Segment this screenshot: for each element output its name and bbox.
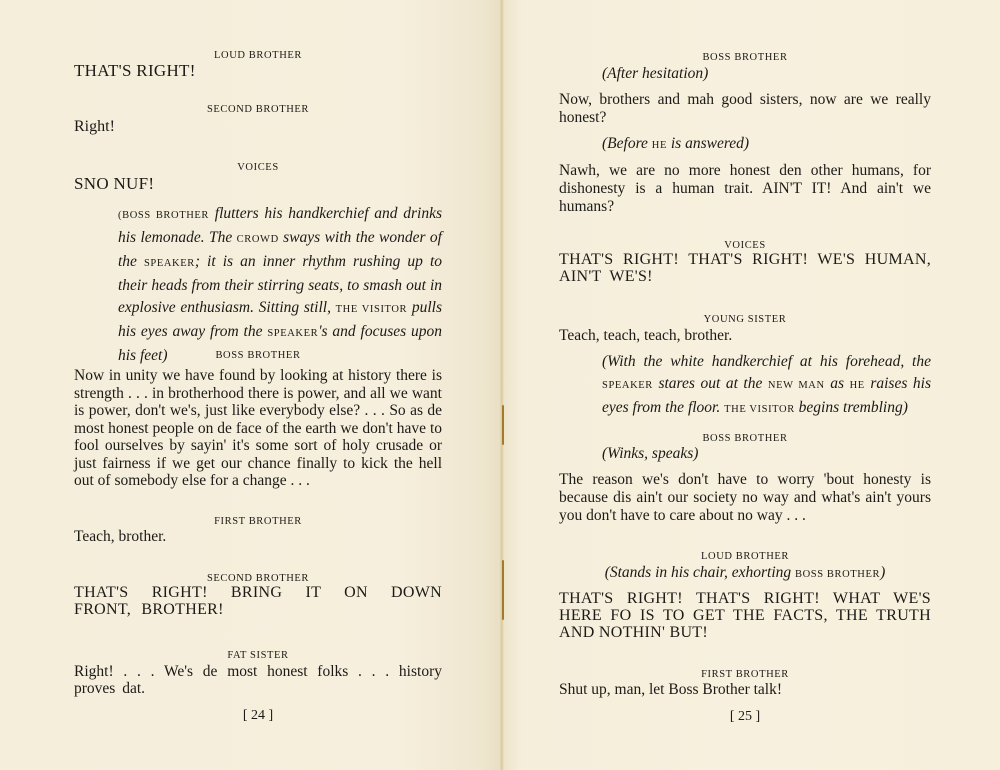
direction-text: stares out at the bbox=[653, 375, 768, 392]
dialogue-line: Now, brothers and mah good sisters, now … bbox=[559, 91, 931, 127]
stage-direction: (Winks, speaks) bbox=[602, 444, 698, 464]
binding-thread bbox=[502, 560, 504, 620]
character-name: he bbox=[850, 380, 865, 391]
dialogue-line: Shut up, man, let Boss Brother talk! bbox=[559, 680, 782, 700]
character-name: the visitor bbox=[336, 304, 408, 315]
direction-text: is answered) bbox=[667, 135, 749, 152]
dialogue-line: THAT'S RIGHT! bbox=[74, 61, 196, 81]
dialogue-line: Teach, teach, teach, brother. bbox=[559, 326, 732, 346]
direction-text: as bbox=[825, 375, 850, 392]
character-name: speaker bbox=[602, 380, 653, 391]
character-name: boss brother bbox=[795, 569, 880, 580]
direction-text: (With the white handkerchief at his fore… bbox=[602, 353, 931, 370]
left-page: LOUD BROTHER THAT'S RIGHT! SECOND BROTHE… bbox=[0, 0, 502, 770]
dialogue-line: The reason we's don't have to worry 'bou… bbox=[559, 471, 931, 525]
character-name: crowd bbox=[237, 234, 279, 245]
character-name: speaker bbox=[144, 258, 195, 269]
stage-direction: (With the white handkerchief at his fore… bbox=[602, 351, 931, 421]
character-name: the visitor bbox=[724, 404, 795, 415]
speaker-label: LOUD BROTHER bbox=[559, 550, 931, 564]
dialogue-line: Right! bbox=[74, 117, 115, 137]
dialogue-line: Right! . . . We's de most honest folks .… bbox=[74, 663, 442, 697]
speaker-label: FAT SISTER bbox=[74, 649, 442, 663]
page-number: [ 24 ] bbox=[74, 706, 442, 726]
stage-direction: (Before he is answered) bbox=[602, 133, 931, 157]
stage-direction: (Stands in his chair, exhorting boss bro… bbox=[559, 563, 931, 585]
character-name: new man bbox=[768, 380, 825, 391]
dialogue-line: Now in unity we have found by looking at… bbox=[74, 367, 442, 490]
direction-text: (Before bbox=[602, 135, 652, 152]
dialogue-line: Nawh, we are no more honest den other hu… bbox=[559, 162, 931, 216]
right-page: BOSS BROTHER (After hesitation) Now, bro… bbox=[502, 0, 1000, 770]
dialogue-line: Teach, brother. bbox=[74, 527, 166, 547]
speaker-label: BOSS BROTHER bbox=[74, 349, 442, 363]
speaker-label: VOICES bbox=[74, 161, 442, 175]
dialogue-line: THAT'S RIGHT! BRING IT ON DOWN FRONT, BR… bbox=[74, 584, 442, 618]
speaker-label: YOUNG SISTER bbox=[559, 313, 931, 327]
binding-thread bbox=[502, 405, 504, 445]
page-number: [ 25 ] bbox=[559, 707, 931, 727]
direction-text: (Stands in his chair, exhorting bbox=[605, 564, 795, 581]
direction-text: begins trembling) bbox=[795, 399, 908, 416]
dialogue-line: SNO NUF! bbox=[74, 174, 154, 194]
character-name: he bbox=[652, 140, 667, 151]
book-spread: LOUD BROTHER THAT'S RIGHT! SECOND BROTHE… bbox=[0, 0, 1000, 770]
character-name: speaker bbox=[267, 328, 318, 339]
book-gutter bbox=[500, 0, 504, 770]
dialogue-line: THAT'S RIGHT! THAT'S RIGHT! WE'S HUMAN, … bbox=[559, 251, 931, 285]
speaker-label: BOSS BROTHER bbox=[559, 51, 931, 65]
dialogue-line: THAT'S RIGHT! THAT'S RIGHT! WHAT WE'S HE… bbox=[559, 590, 931, 641]
speaker-label: SECOND BROTHER bbox=[74, 103, 442, 117]
character-name: (boss brother bbox=[118, 210, 209, 221]
stage-direction: (After hesitation) bbox=[602, 64, 708, 84]
stage-direction: (boss brother flutters his handkerchief … bbox=[118, 203, 442, 367]
direction-text: ) bbox=[880, 564, 885, 581]
